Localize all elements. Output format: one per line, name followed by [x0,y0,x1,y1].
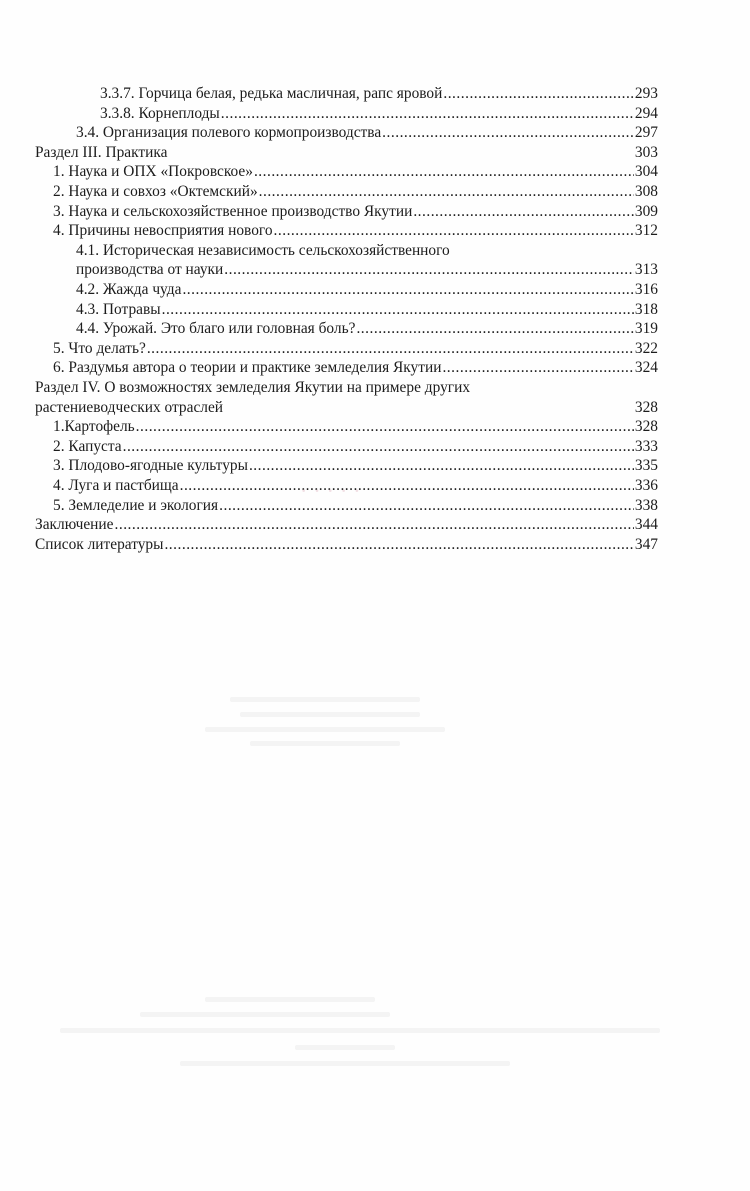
toc-entry[interactable]: Список литературы347 [35,535,658,555]
toc-entry-page-number: 324 [635,358,658,378]
toc-entry[interactable]: растениеводческих отраслей328 [35,398,658,418]
toc-entry-page-number: 328 [635,417,658,437]
toc-entry-page-number: 328 [635,398,658,418]
toc-entry-page-number: 318 [635,300,658,320]
dot-leader [254,162,634,182]
toc-entry-title: Раздел III. Практика [35,143,167,163]
toc-entry-title: 4. Причины невосприятия нового [53,221,273,241]
toc-entry-title: Список литературы [35,535,163,555]
toc-entry-title: 3.3.8. Корнеплоды [100,104,220,124]
toc-entry[interactable]: 4. Причины невосприятия нового312 [53,221,658,241]
dot-leader [413,202,634,222]
toc-entry-page-number: 336 [635,476,658,496]
toc-entry-title: 5. Что делать? [53,339,146,359]
toc-entry-title: 4.1. Историческая независимость сельскох… [76,242,450,259]
toc-entry-title: производства от науки [76,260,223,280]
toc-entry-title: 4.2. Жажда чуда [76,280,181,300]
dot-leader [180,476,634,496]
toc-entry[interactable]: производства от науки313 [76,260,658,280]
toc-entry-page-number: 338 [635,496,658,516]
dot-leader [442,358,633,378]
toc-entry[interactable]: 1. Наука и ОПХ «Покровское»304 [53,162,658,182]
toc-entry-title: 4. Луга и пастбища [53,476,179,496]
toc-entry-title: 3. Плодово-ягодные культуры [53,456,248,476]
toc-entry-title: 4.4. Урожай. Это благо или головная боль… [76,319,355,339]
toc-entry-title: Раздел IV. О возможностях земледелия Яку… [35,379,470,396]
toc-entry-title: 4.3. Потравы [76,300,161,320]
dot-leader [123,437,634,457]
toc-entry-page-number: 322 [635,339,658,359]
dot-leader [147,339,634,359]
toc-entry-page-number: 294 [635,104,658,124]
dot-leader [274,221,634,241]
toc-entry-page-number: 316 [635,280,658,300]
dot-leader [182,280,633,300]
toc-entry-page-number: 319 [635,319,658,339]
toc-entry[interactable]: 3.3.8. Корнеплоды294 [100,104,658,124]
dot-leader [136,417,634,437]
dot-leader [164,535,633,555]
toc-entry-title: 1. Наука и ОПХ «Покровское» [53,162,253,182]
dot-leader [259,182,634,202]
dot-leader [249,456,634,476]
toc-entry-page-number: 313 [635,260,658,280]
toc-entry[interactable]: 4.2. Жажда чуда316 [76,280,658,300]
toc-entry[interactable]: 2. Капуста333 [53,437,658,457]
toc-entry-title: 2. Наука и совхоз «Октемский» [53,182,258,202]
faint-stamp-mark: ····· [300,478,367,504]
dot-leader [162,300,634,320]
toc-entry-page-number: 335 [635,456,658,476]
dot-leader [224,260,634,280]
dot-leader [356,319,633,339]
toc-entry-page-number: 297 [635,123,658,143]
toc-entry-title: 3.3.7. Горчица белая, редька масличная, … [100,84,442,104]
toc-entry-title-line: 4.1. Историческая независимость сельскох… [76,241,450,261]
toc-entry[interactable]: 3. Плодово-ягодные культуры335 [53,456,658,476]
toc-entry[interactable]: 3.3.7. Горчица белая, редька масличная, … [100,84,658,104]
toc-entry-title: 2. Капуста [53,437,122,457]
toc-entry-title: Заключение [35,515,114,535]
toc-entry[interactable]: Раздел III. Практика303 [35,143,658,163]
dot-leader [115,515,634,535]
toc-entry[interactable]: 1.Картофель328 [53,417,658,437]
toc-entry-title: 3. Наука и сельскохозяйственное производ… [53,202,412,222]
toc-entry-title: 1.Картофель [53,417,135,437]
dot-leader [382,123,634,143]
toc-entry-page-number: 333 [635,437,658,457]
toc-entry[interactable]: 4.4. Урожай. Это благо или головная боль… [76,319,658,339]
dot-leader [221,104,634,124]
toc-entry[interactable]: 3.4. Организация полевого кормопроизводс… [76,123,658,143]
toc-entry[interactable]: 6. Раздумья автора о теории и практике з… [53,358,658,378]
toc-entry-page-number: 309 [635,202,658,222]
dot-leader [219,496,634,516]
toc-entry[interactable]: Заключение344 [35,515,658,535]
toc-entry-page-number: 304 [635,162,658,182]
toc-entry[interactable]: 4.3. Потравы318 [76,300,658,320]
toc-entry-title-line: Раздел IV. О возможностях земледелия Яку… [35,378,470,398]
toc-entry-page-number: 344 [635,515,658,535]
toc-entry-title: 3.4. Организация полевого кормопроизводс… [76,123,381,143]
toc-entry-title: растениеводческих отраслей [35,398,223,418]
dot-leader [443,84,634,104]
toc-entry[interactable]: 3. Наука и сельскохозяйственное производ… [53,202,658,222]
toc-entry-title: 5. Земледелие и экология [53,496,218,516]
toc-entry-page-number: 312 [635,221,658,241]
toc-entry[interactable]: 5. Что делать?322 [53,339,658,359]
toc-entry-page-number: 308 [635,182,658,202]
toc-entry[interactable]: 2. Наука и совхоз «Октемский»308 [53,182,658,202]
toc-entry-title: 6. Раздумья автора о теории и практике з… [53,358,441,378]
toc-entry-page-number: 303 [635,143,658,163]
toc-entry-page-number: 347 [635,535,658,555]
toc-entry-page-number: 293 [635,84,658,104]
